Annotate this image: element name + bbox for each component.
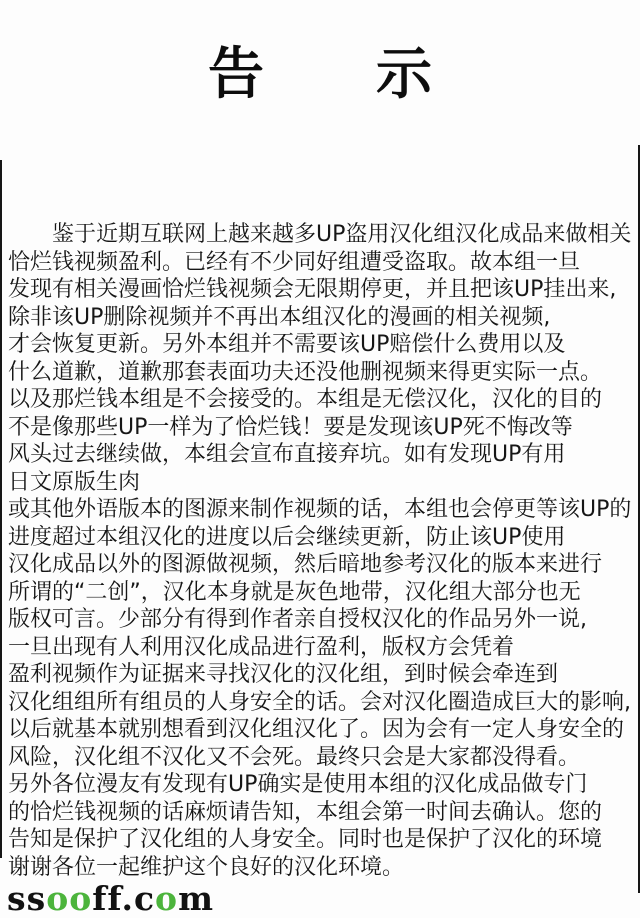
scan-edge-line-left	[0, 160, 2, 858]
notice-line: 什么道歉，道歉那套表面功夫还没他删视频来得更实际一点。	[8, 359, 638, 387]
notice-line: 恰烂钱视频盈利。已经有不少同好组遭受盗取。故本组一旦	[8, 249, 638, 277]
notice-line: 谢谢各位一起维护这个良好的汉化环境。	[8, 854, 638, 882]
notice-line: 汉化成品以外的图源做视频，然后暗地参考汉化的版本来进行	[8, 551, 638, 579]
watermark-letter: o	[69, 879, 92, 918]
notice-line: 的恰烂钱视频的话麻烦请告知，本组会第一时间去确认。您的	[8, 799, 638, 827]
notice-line: 除非该UP删除视频并不再出本组汉化的漫画的相关视频,	[8, 304, 638, 332]
notice-line: 所谓的“二创”，汉化本身就是灰色地带，汉化组大部分也无	[8, 579, 638, 607]
notice-line: 才会恢复更新。另外本组并不需要该UP赔偿什么费用以及	[8, 331, 638, 359]
notice-line: 或其他外语版本的图源来制作视频的话，本组也会停更等该UP的	[8, 496, 638, 524]
notice-line: 风险，汉化组不汉化又不会死。最终只会是大家都没得看。	[8, 744, 638, 772]
notice-page: 告 示 鉴于近期互联网上越来越多UP盗用汉化组汉化成品来做相关恰烂钱视频盈利。已…	[0, 0, 640, 918]
notice-line: 一旦出现有人利用汉化成品进行盈利，版权方会凭着	[8, 634, 638, 662]
watermark-letter: c	[134, 879, 155, 918]
notice-line: 告知是保护了汉化组的人身安全。同时也是保护了汉化的环境	[8, 826, 638, 854]
notice-line: 不是像那些UP一样为了恰烂钱！要是发现该UP死不悔改等	[8, 414, 638, 442]
watermark-letter: m	[178, 879, 214, 918]
page-title: 告 示	[0, 30, 640, 110]
watermark-letter: .	[121, 879, 134, 918]
watermark-letter: o	[155, 879, 178, 918]
notice-line: 以后就基本就别想看到汉化组汉化了。因为会有一定人身安全的	[8, 716, 638, 744]
notice-line: 另外各位漫友有发现有UP确实是使用本组的汉化成品做专门	[8, 771, 638, 799]
watermark-letter: s	[27, 879, 47, 918]
notice-line: 鉴于近期互联网上越来越多UP盗用汉化组汉化成品来做相关	[8, 221, 638, 249]
notice-line: 发现有相关漫画恰烂钱视频会无限期停更，并且把该UP挂出来,	[8, 276, 638, 304]
notice-body: 鉴于近期互联网上越来越多UP盗用汉化组汉化成品来做相关恰烂钱视频盈利。已经有不少…	[8, 221, 638, 881]
notice-line: 风头过去继续做，本组会宣布直接弃坑。如有发现UP有用	[8, 441, 638, 469]
watermark-letter: f	[107, 879, 121, 918]
watermark-ssooff: ssooff.com	[7, 882, 214, 916]
notice-line: 进度超过本组汉化的进度以后会继续更新，防止该UP使用	[8, 524, 638, 552]
notice-line: 版权可言。少部分有得到作者亲自授权汉化的作品另外一说,	[8, 606, 638, 634]
watermark-letter: o	[46, 879, 69, 918]
notice-line: 日文原版生肉	[8, 469, 638, 497]
watermark-letter: s	[7, 879, 27, 918]
notice-line: 盈利视频作为证据来寻找汉化的汉化组，到时候会牵连到	[8, 661, 638, 689]
watermark-letter: f	[92, 879, 107, 918]
notice-line: 以及那烂钱本组是不会接受的。本组是无偿汉化，汉化的目的	[8, 386, 638, 414]
notice-line: 汉化组组所有组员的人身安全的话。会对汉化圈造成巨大的影响,	[8, 689, 638, 717]
